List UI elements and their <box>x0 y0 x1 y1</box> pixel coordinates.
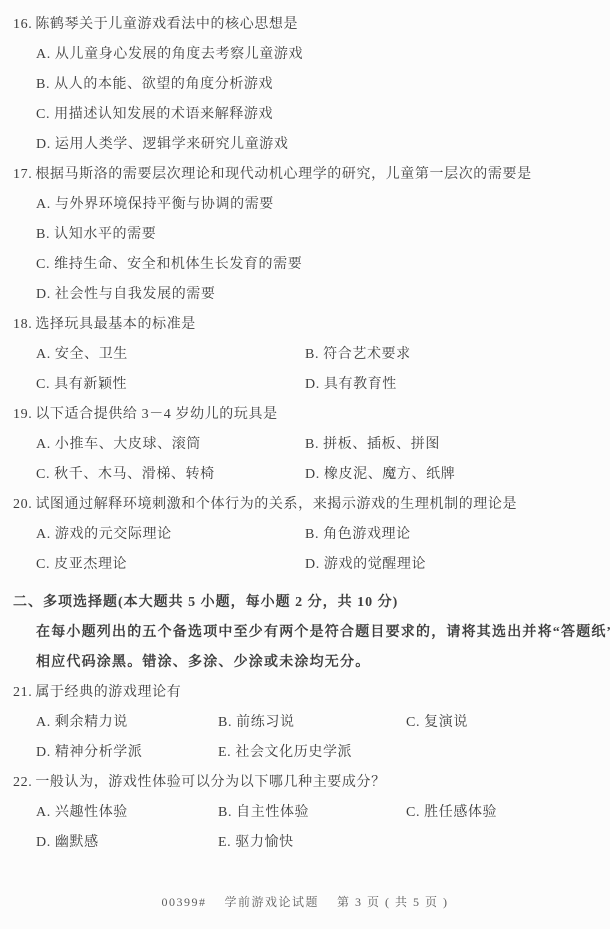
section-2-heading: 二、多项选择题(本大题共 5 小题，每小题 2 分，共 10 分) <box>13 588 604 618</box>
question-18-stem: 选择玩具最基本的标准是 <box>35 317 196 332</box>
question-22-option-b: B. 自主性体验 <box>218 798 406 828</box>
question-22-option-e: E. 驱力愉快 <box>218 828 406 858</box>
question-21-stem: 属于经典的游戏理论有 <box>35 685 181 700</box>
exam-page: 16.陈鹤琴关于儿童游戏看法中的核心思想是 A. 从儿童身心发展的角度去考察儿童… <box>0 0 610 929</box>
question-20-option-d: D. 游戏的觉醒理论 <box>305 550 604 580</box>
question-17-option-b: B. 认知水平的需要 <box>36 220 604 250</box>
question-16: 16.陈鹤琴关于儿童游戏看法中的核心思想是 A. 从儿童身心发展的角度去考察儿童… <box>13 10 604 160</box>
question-19-option-c: C. 秋千、木马、滑梯、转椅 <box>36 460 305 490</box>
question-16-number: 16. <box>13 17 32 32</box>
question-22-options: A. 兴趣性体验 B. 自主性体验 C. 胜任感体验 D. 幽默感 E. 驱力愉… <box>13 798 604 858</box>
question-22-option-c: C. 胜任感体验 <box>406 798 604 828</box>
question-17-stem: 根据马斯洛的需要层次理论和现代动机心理学的研究，儿童第一层次的需要是 <box>35 167 531 182</box>
question-19-option-d: D. 橡皮泥、魔方、纸牌 <box>305 460 604 490</box>
question-21: 21.属于经典的游戏理论有 A. 剩余精力说 B. 前练习说 C. 复演说 D.… <box>13 678 604 768</box>
section-2-instruction-line-2: 相应代码涂黑。错涂、多涂、少涂或未涂均无分。 <box>36 648 604 678</box>
question-20: 20.试图通过解释环境刺激和个体行为的关系，来揭示游戏的生理机制的理论是 A. … <box>13 490 604 580</box>
question-22-number: 22. <box>13 775 32 790</box>
question-17-option-c: C. 维持生命、安全和机体生长发育的需要 <box>36 250 604 280</box>
question-16-stem: 陈鹤琴关于儿童游戏看法中的核心思想是 <box>35 17 298 32</box>
question-16-stem-line: 16.陈鹤琴关于儿童游戏看法中的核心思想是 <box>13 10 604 40</box>
question-20-stem-line: 20.试图通过解释环境刺激和个体行为的关系，来揭示游戏的生理机制的理论是 <box>13 490 604 520</box>
question-19-number: 19. <box>13 407 32 422</box>
paper-code: 00399# <box>161 895 206 909</box>
question-21-option-d: D. 精神分析学派 <box>36 738 218 768</box>
question-20-option-c: C. 皮亚杰理论 <box>36 550 305 580</box>
question-21-number: 21. <box>13 685 32 700</box>
question-20-option-b: B. 角色游戏理论 <box>305 520 604 550</box>
question-18-number: 18. <box>13 317 32 332</box>
question-19-stem: 以下适合提供给 3－4 岁幼儿的玩具是 <box>35 407 277 422</box>
section-2-instructions: 在每小题列出的五个备选项中至少有两个是符合题目要求的，请将其选出并将“答题纸”的… <box>13 618 604 678</box>
question-19-option-a: A. 小推车、大皮球、滚筒 <box>36 430 305 460</box>
question-20-option-a: A. 游戏的元交际理论 <box>36 520 305 550</box>
question-21-stem-line: 21.属于经典的游戏理论有 <box>13 678 604 708</box>
question-22: 22.一般认为，游戏性体验可以分为以下哪几种主要成分？ A. 兴趣性体验 B. … <box>13 768 604 858</box>
question-20-stem: 试图通过解释环境刺激和个体行为的关系，来揭示游戏的生理机制的理论是 <box>35 497 517 512</box>
question-17-stem-line: 17.根据马斯洛的需要层次理论和现代动机心理学的研究，儿童第一层次的需要是 <box>13 160 604 190</box>
question-22-stem-line: 22.一般认为，游戏性体验可以分为以下哪几种主要成分？ <box>13 768 604 798</box>
question-21-options: A. 剩余精力说 B. 前练习说 C. 复演说 D. 精神分析学派 E. 社会文… <box>13 708 604 768</box>
question-16-option-a: A. 从儿童身心发展的角度去考察儿童游戏 <box>36 40 604 70</box>
question-16-options: A. 从儿童身心发展的角度去考察儿童游戏 B. 从人的本能、欲望的角度分析游戏 … <box>13 40 604 160</box>
question-16-option-b: B. 从人的本能、欲望的角度分析游戏 <box>36 70 604 100</box>
paper-title: 学前游戏论试题 <box>224 895 319 909</box>
question-16-option-c: C. 用描述认知发展的术语来解释游戏 <box>36 100 604 130</box>
question-17: 17.根据马斯洛的需要层次理论和现代动机心理学的研究，儿童第一层次的需要是 A.… <box>13 160 604 310</box>
question-22-option-d: D. 幽默感 <box>36 828 218 858</box>
question-18-option-c: C. 具有新颖性 <box>36 370 305 400</box>
question-17-options: A. 与外界环境保持平衡与协调的需要 B. 认知水平的需要 C. 维持生命、安全… <box>13 190 604 310</box>
question-18-stem-line: 18.选择玩具最基本的标准是 <box>13 310 604 340</box>
question-21-option-e: E. 社会文化历史学派 <box>218 738 406 768</box>
question-17-option-d: D. 社会性与自我发展的需要 <box>36 280 604 310</box>
question-21-option-c: C. 复演说 <box>406 708 604 738</box>
question-19-option-b: B. 拼板、插板、拼图 <box>305 430 604 460</box>
page-number: 第 3 页 ( 共 5 页 ) <box>337 895 449 909</box>
question-18: 18.选择玩具最基本的标准是 A. 安全、卫生 B. 符合艺术要求 C. 具有新… <box>13 310 604 400</box>
question-18-option-a: A. 安全、卫生 <box>36 340 305 370</box>
section-2-instruction-line-1: 在每小题列出的五个备选项中至少有两个是符合题目要求的，请将其选出并将“答题纸”的 <box>36 618 604 648</box>
question-22-option-a: A. 兴趣性体验 <box>36 798 218 828</box>
question-19: 19.以下适合提供给 3－4 岁幼儿的玩具是 A. 小推车、大皮球、滚筒 B. … <box>13 400 604 490</box>
question-21-option-a: A. 剩余精力说 <box>36 708 218 738</box>
question-19-stem-line: 19.以下适合提供给 3－4 岁幼儿的玩具是 <box>13 400 604 430</box>
page-footer: 00399#学前游戏论试题第 3 页 ( 共 5 页 ) <box>0 893 610 910</box>
exam-content: 16.陈鹤琴关于儿童游戏看法中的核心思想是 A. 从儿童身心发展的角度去考察儿童… <box>0 0 610 858</box>
section-2-multiple-choice: 二、多项选择题(本大题共 5 小题，每小题 2 分，共 10 分) 在每小题列出… <box>13 588 604 678</box>
question-20-options: A. 游戏的元交际理论 B. 角色游戏理论 C. 皮亚杰理论 D. 游戏的觉醒理… <box>13 520 604 580</box>
question-18-option-d: D. 具有教育性 <box>305 370 604 400</box>
question-18-options: A. 安全、卫生 B. 符合艺术要求 C. 具有新颖性 D. 具有教育性 <box>13 340 604 400</box>
question-16-option-d: D. 运用人类学、逻辑学来研究儿童游戏 <box>36 130 604 160</box>
question-17-number: 17. <box>13 167 32 182</box>
question-17-option-a: A. 与外界环境保持平衡与协调的需要 <box>36 190 604 220</box>
question-19-options: A. 小推车、大皮球、滚筒 B. 拼板、插板、拼图 C. 秋千、木马、滑梯、转椅… <box>13 430 604 490</box>
question-21-option-b: B. 前练习说 <box>218 708 406 738</box>
question-20-number: 20. <box>13 497 32 512</box>
question-22-stem: 一般认为，游戏性体验可以分为以下哪几种主要成分？ <box>35 775 385 790</box>
question-18-option-b: B. 符合艺术要求 <box>305 340 604 370</box>
